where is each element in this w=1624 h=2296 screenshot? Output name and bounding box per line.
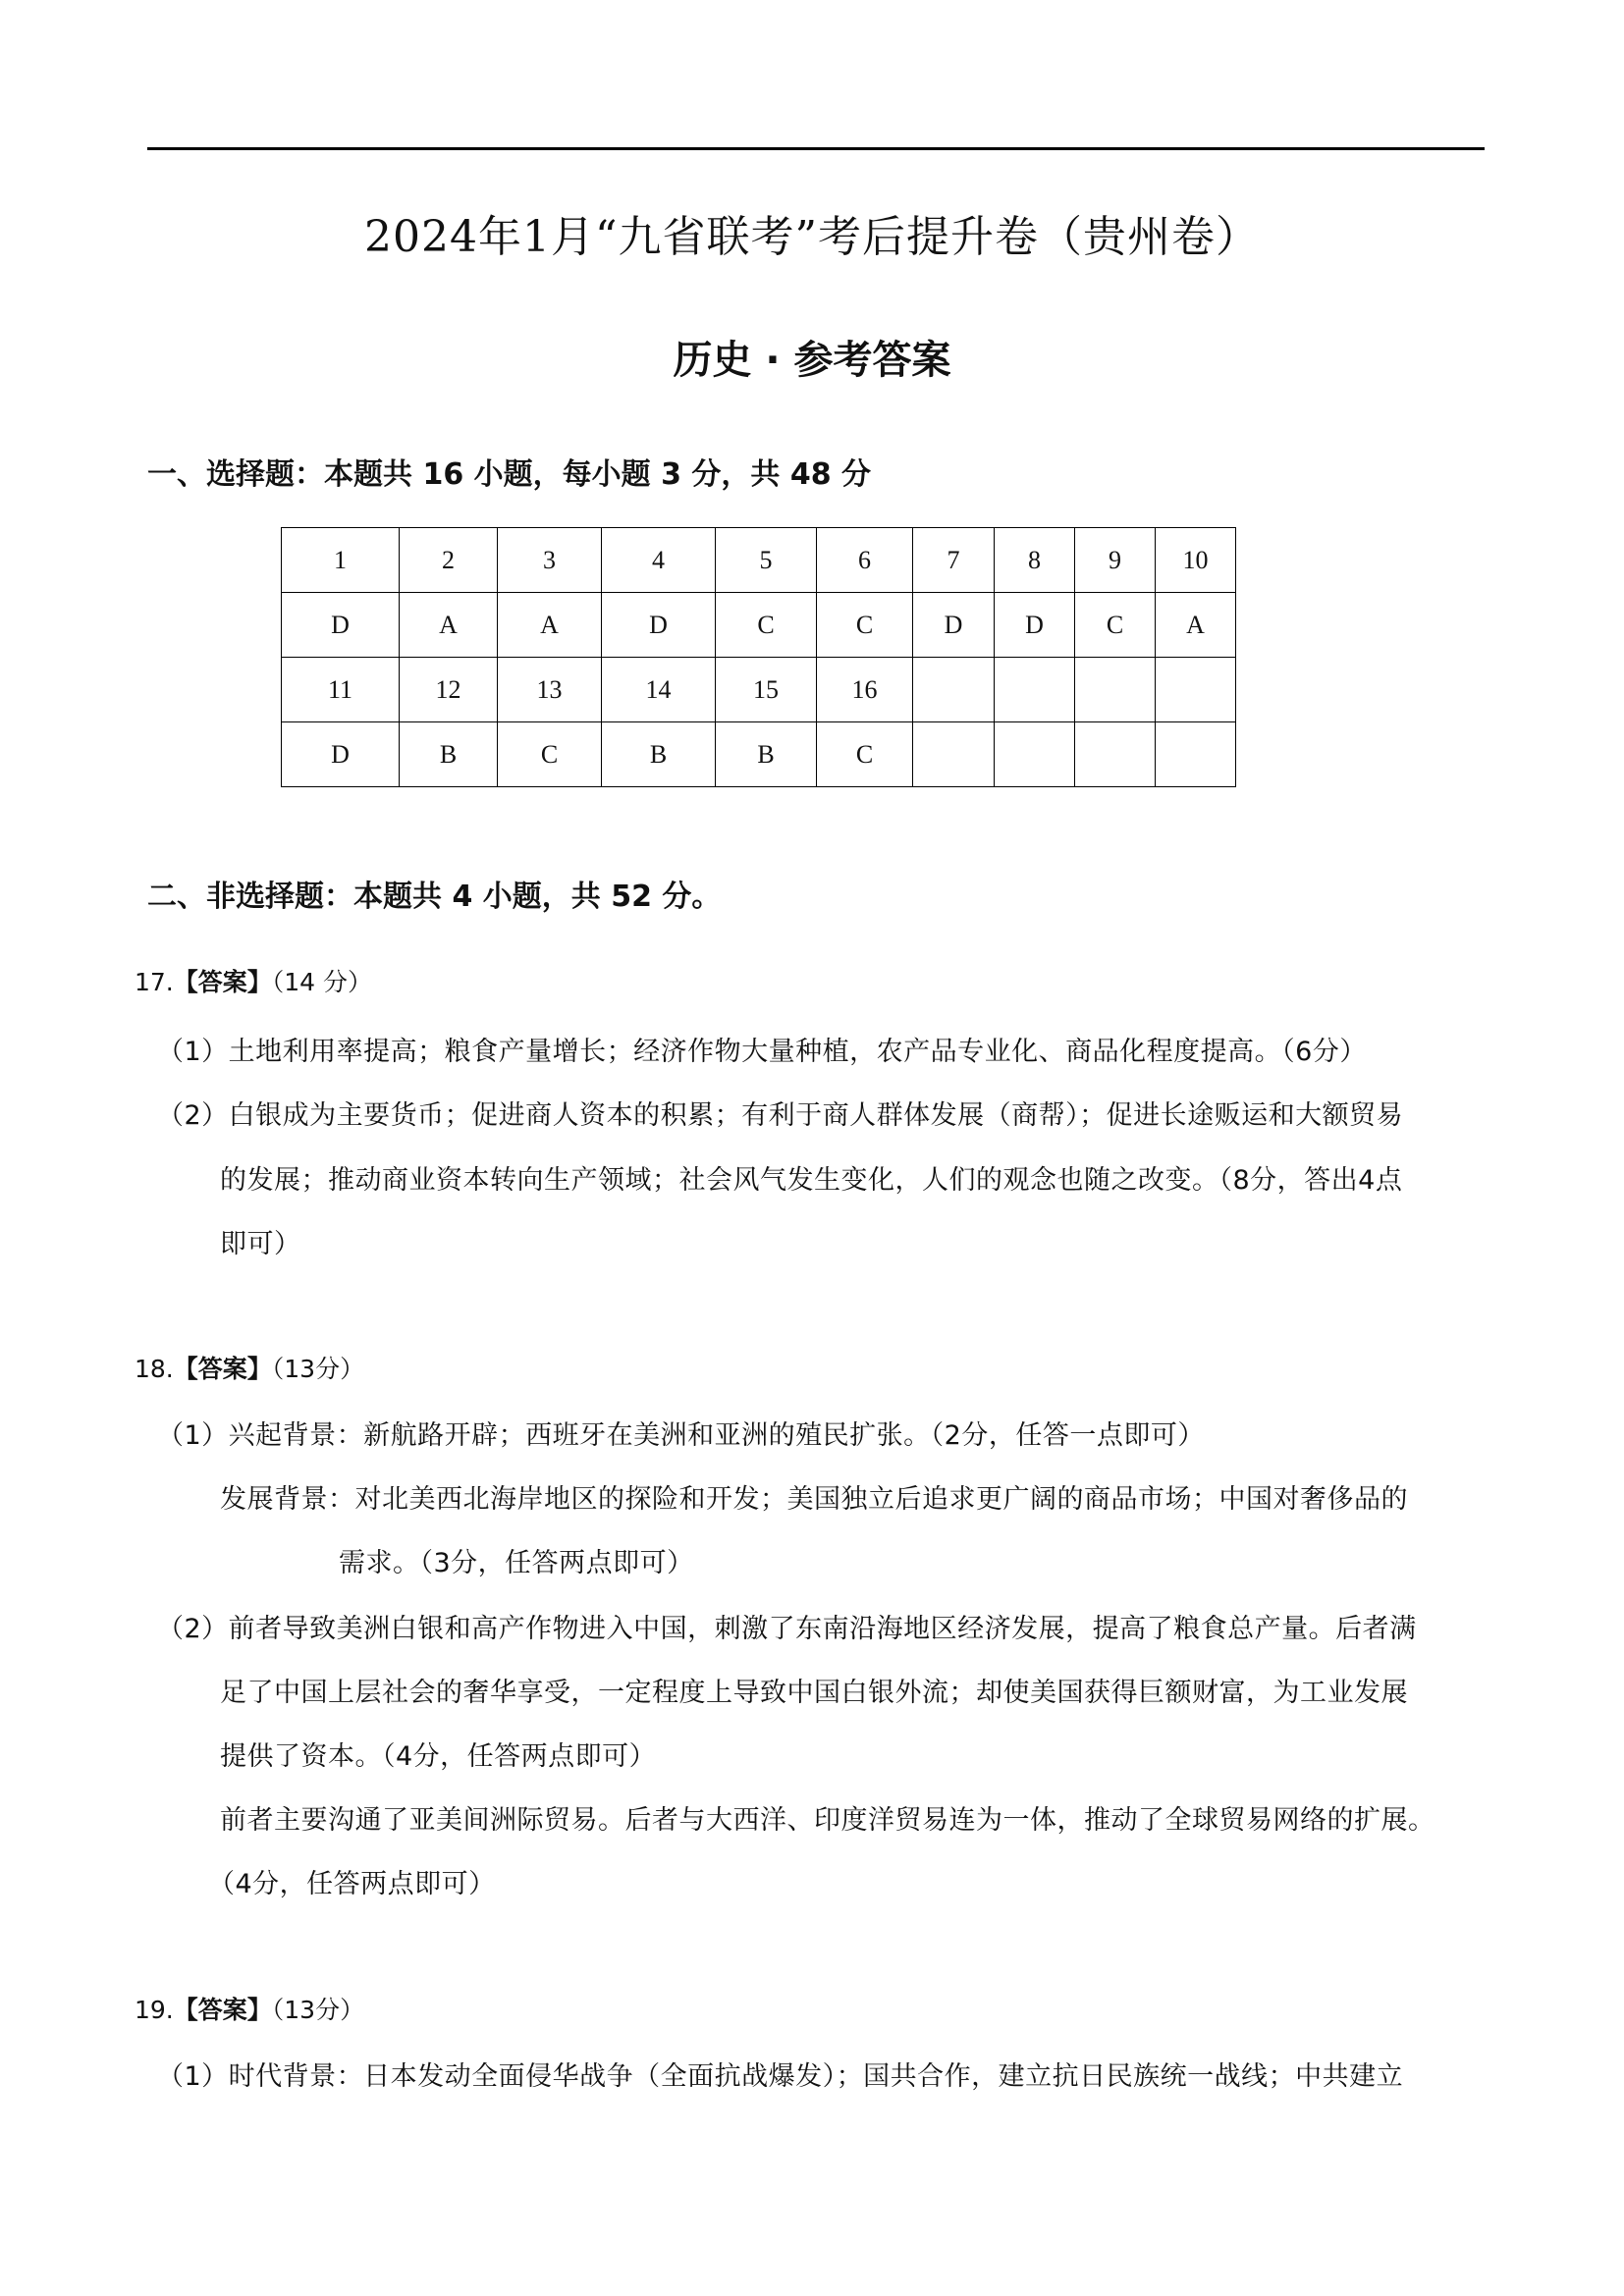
q18-line-7: 前者主要沟通了亚美间洲际贸易。后者与大西洋、印度洋贸易连为一体，推动了全球贸易网… [220,1798,1435,1837]
header-rule [147,147,1485,150]
q18-line-2: 发展背景：对北美西北海岸地区的探险和开发；美国独立后追求更广阔的商品市场；中国对… [220,1477,1408,1516]
answer-cell: A [498,593,602,658]
q18-heading: 18.【答案】（13分） [135,1350,364,1385]
section-1-heading: 一、选择题：本题共 16 小题，每小题 3 分，共 48 分 [147,450,871,493]
answer-cell [1156,722,1236,787]
question-number-cell: 12 [400,658,498,722]
q19-score: （13分） [272,1996,364,2024]
answer-cell: A [1156,593,1236,658]
q18-line-1: （1）兴起背景：新航路开辟；西班牙在美洲和亚洲的殖民扩张。（2分，任答一点即可） [157,1414,1205,1452]
answer-cell: D [282,722,400,787]
answer-row: DBCBBC [282,722,1236,787]
question-number-cell: 8 [995,528,1075,593]
answer-cell: C [817,722,913,787]
answer-cell: D [602,593,716,658]
question-number-cell: 11 [282,658,400,722]
question-number-cell: 1 [282,528,400,593]
q17-tag: 【答案】 [174,968,272,996]
question-number-row: 12345678910 [282,528,1236,593]
answer-cell: C [817,593,913,658]
answer-cell: B [602,722,716,787]
question-number-cell: 5 [716,528,817,593]
q17-number: 17. [135,968,174,996]
answer-cell [995,722,1075,787]
q18-line-8: （4分，任答两点即可） [208,1862,496,1900]
q18-number: 18. [135,1355,174,1383]
answer-cell: A [400,593,498,658]
answer-cell: D [282,593,400,658]
question-number-cell: 14 [602,658,716,722]
answer-table: 12345678910DAADCCDDCA111213141516DBCBBC [281,527,1236,787]
q18-line-5: 足了中国上层社会的奢华享受，一定程度上导致中国白银外流；却使美国获得巨额财富，为… [220,1671,1408,1709]
q19-line-1: （1）时代背景：日本发动全面侵华战争（全面抗战爆发）；国共合作，建立抗日民族统一… [157,2055,1403,2093]
q17-score: （14 分） [272,968,372,996]
q19-number: 19. [135,1996,174,2024]
question-number-cell: 15 [716,658,817,722]
question-number-cell: 2 [400,528,498,593]
question-number-cell [1075,658,1156,722]
answer-row: DAADCCDDCA [282,593,1236,658]
question-number-cell: 13 [498,658,602,722]
question-number-cell: 16 [817,658,913,722]
question-number-row: 111213141516 [282,658,1236,722]
q17-line-1: （1）土地利用率提高；粮食产量增长；经济作物大量种植，农产品专业化、商品化程度提… [157,1030,1367,1068]
q18-line-3: 需求。（3分，任答两点即可） [339,1541,694,1579]
q19-heading: 19.【答案】（13分） [135,1991,364,2026]
answer-cell [913,722,995,787]
answer-cell: C [498,722,602,787]
question-number-cell: 4 [602,528,716,593]
answer-cell: C [1075,593,1156,658]
answer-cell: C [716,593,817,658]
q18-line-6: 提供了资本。（4分，任答两点即可） [220,1735,656,1773]
q18-score: （13分） [272,1355,364,1383]
answer-cell [1075,722,1156,787]
question-number-cell: 6 [817,528,913,593]
question-number-cell [995,658,1075,722]
answer-cell: B [400,722,498,787]
section-2-heading: 二、非选择题：本题共 4 小题，共 52 分。 [147,872,721,915]
question-number-cell [913,658,995,722]
question-number-cell: 9 [1075,528,1156,593]
answer-cell: D [913,593,995,658]
q17-line-4: 即可） [220,1222,301,1260]
q18-line-4: （2）前者导致美洲白银和高产作物进入中国，刺激了东南沿海地区经济发展，提高了粮食… [157,1607,1417,1645]
answer-cell: D [995,593,1075,658]
q17-heading: 17.【答案】（14 分） [135,963,372,998]
question-number-cell: 10 [1156,528,1236,593]
q18-tag: 【答案】 [174,1355,272,1383]
q17-line-3: 的发展；推动商业资本转向生产领域；社会风气发生变化，人们的观念也随之改变。（8分… [220,1158,1402,1197]
page-subtitle: 历史 · 参考答案 [0,329,1624,385]
answer-cell: B [716,722,817,787]
question-number-cell: 3 [498,528,602,593]
q19-tag: 【答案】 [174,1996,272,2024]
page-title: 2024年1月“九省联考”考后提升卷（贵州卷） [0,201,1624,264]
question-number-cell: 7 [913,528,995,593]
q17-line-2: （2）白银成为主要货币；促进商人资本的积累；有利于商人群体发展（商帮）；促进长途… [157,1094,1403,1132]
question-number-cell [1156,658,1236,722]
